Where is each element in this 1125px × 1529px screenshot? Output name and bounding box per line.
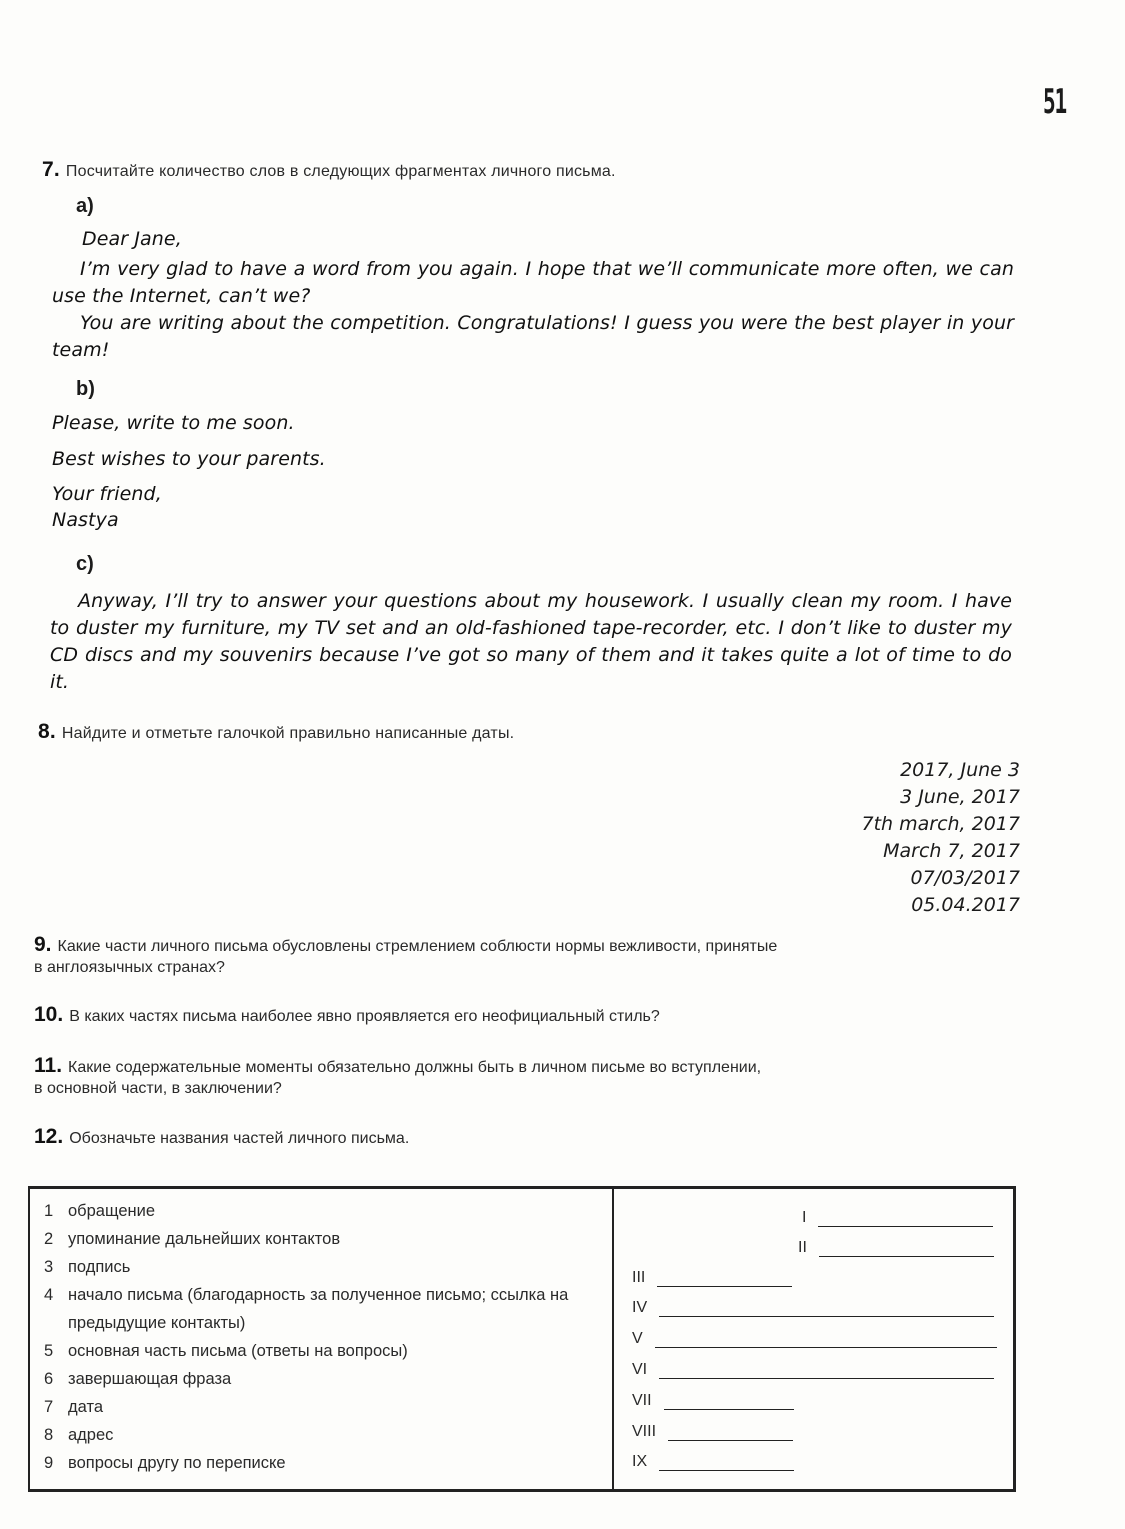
- task-8-heading: 8.Найдите и отметьте галочкой правильно …: [38, 720, 514, 744]
- date-option[interactable]: 2017, June 3: [861, 757, 1020, 784]
- parts-list: 1обращение 2упоминание дальнейших контак…: [44, 1197, 604, 1477]
- task-number: 10.: [34, 1003, 63, 1026]
- answer-blank[interactable]: [818, 1214, 993, 1227]
- task-9-question-cont: в англоязычных странах?: [34, 959, 225, 976]
- parts-list-item: 6завершающая фраза: [44, 1365, 604, 1393]
- answer-slot-vii[interactable]: VII: [632, 1392, 794, 1410]
- date-option[interactable]: 05.04.2017: [861, 892, 1020, 919]
- answer-slot-v[interactable]: V: [632, 1330, 997, 1348]
- task-text: Найдите и отметьте галочкой правильно на…: [62, 725, 514, 742]
- answer-blank[interactable]: [659, 1304, 994, 1317]
- parts-list-item: 9вопросы другу по переписке: [44, 1449, 604, 1477]
- parts-list-item: 7дата: [44, 1393, 604, 1421]
- answer-slots: I II III IV V VI VII VIII IX: [614, 1189, 1013, 1489]
- date-option[interactable]: 07/03/2017: [861, 865, 1020, 892]
- answer-blank[interactable]: [657, 1274, 792, 1287]
- answer-blank[interactable]: [664, 1397, 794, 1410]
- task-number: 9.: [34, 933, 52, 956]
- task-text: Посчитайте количество слов в следующих ф…: [66, 163, 616, 180]
- date-option[interactable]: 7th march, 2017: [861, 811, 1020, 838]
- answer-blank[interactable]: [659, 1458, 794, 1471]
- answer-slot-iv[interactable]: IV: [632, 1299, 994, 1317]
- answer-slot-ix[interactable]: IX: [632, 1453, 794, 1471]
- answer-slot-iii[interactable]: III: [632, 1269, 792, 1287]
- letter-sign-off: Your friend,: [52, 481, 162, 508]
- answer-slot-i[interactable]: I: [802, 1209, 993, 1227]
- task-number: 7.: [42, 158, 60, 181]
- letter-paragraph: Anyway, I’ll try to answer your question…: [50, 588, 1012, 696]
- task-12-question: 12.Обозначьте названия частей личного пи…: [34, 1128, 409, 1147]
- fragment-a-label: a): [76, 195, 94, 218]
- letter-closing-line: Please, write to me soon.: [52, 410, 295, 437]
- parts-list-item: 4начало письма (благодарность за получен…: [44, 1281, 604, 1337]
- fragment-b-label: b): [76, 378, 95, 401]
- parts-list-item: 5основная часть письма (ответы на вопрос…: [44, 1337, 604, 1365]
- fragment-c-label: c): [76, 553, 94, 576]
- date-option[interactable]: 3 June, 2017: [861, 784, 1020, 811]
- parts-list-item: 1обращение: [44, 1197, 604, 1225]
- task-text: Какие содержательные моменты обязательно…: [68, 1059, 761, 1076]
- answer-slot-viii[interactable]: VIII: [632, 1423, 793, 1441]
- date-option[interactable]: March 7, 2017: [861, 838, 1020, 865]
- answer-blank[interactable]: [659, 1366, 994, 1379]
- parts-list-item: 8адрес: [44, 1421, 604, 1449]
- task-text: Какие части личного письма обусловлены с…: [58, 938, 778, 955]
- letter-paragraph: I’m very glad to have a word from you ag…: [52, 256, 1014, 310]
- answer-blank[interactable]: [655, 1335, 997, 1348]
- answer-blank[interactable]: [819, 1244, 994, 1257]
- letter-closing-line: Best wishes to your parents.: [52, 446, 326, 473]
- task-7-heading: 7.Посчитайте количество слов в следующих…: [42, 158, 616, 182]
- answer-slot-vi[interactable]: VI: [632, 1361, 994, 1379]
- task-9-question: 9.Какие части личного письма обусловлены…: [34, 936, 1019, 955]
- task-number: 11.: [34, 1054, 62, 1077]
- task-text: В каких частях письма наиболее явно проя…: [69, 1008, 660, 1025]
- letter-parts-table: 1обращение 2упоминание дальнейших контак…: [28, 1186, 1016, 1492]
- letter-greeting: Dear Jane,: [82, 226, 182, 253]
- answer-blank[interactable]: [668, 1428, 793, 1441]
- task-11-question: 11.Какие содержательные моменты обязател…: [34, 1057, 1019, 1076]
- parts-list-item: 2упоминание дальнейших контактов: [44, 1225, 604, 1253]
- task-text: Обозначьте названия частей личного письм…: [69, 1130, 409, 1147]
- task-11-question-cont: в основной части, в заключении?: [34, 1080, 282, 1097]
- task-number: 12.: [34, 1125, 63, 1148]
- task-10-question: 10.В каких частях письма наиболее явно п…: [34, 1006, 660, 1025]
- letter-paragraph: You are writing about the competition. C…: [52, 310, 1014, 364]
- page-number: 51: [1043, 82, 1066, 122]
- date-options: 2017, June 3 3 June, 2017 7th march, 201…: [861, 757, 1020, 919]
- answer-slot-ii[interactable]: II: [798, 1239, 994, 1257]
- letter-signature: Nastya: [52, 507, 119, 534]
- parts-list-item: 3подпись: [44, 1253, 604, 1281]
- task-number: 8.: [38, 720, 56, 743]
